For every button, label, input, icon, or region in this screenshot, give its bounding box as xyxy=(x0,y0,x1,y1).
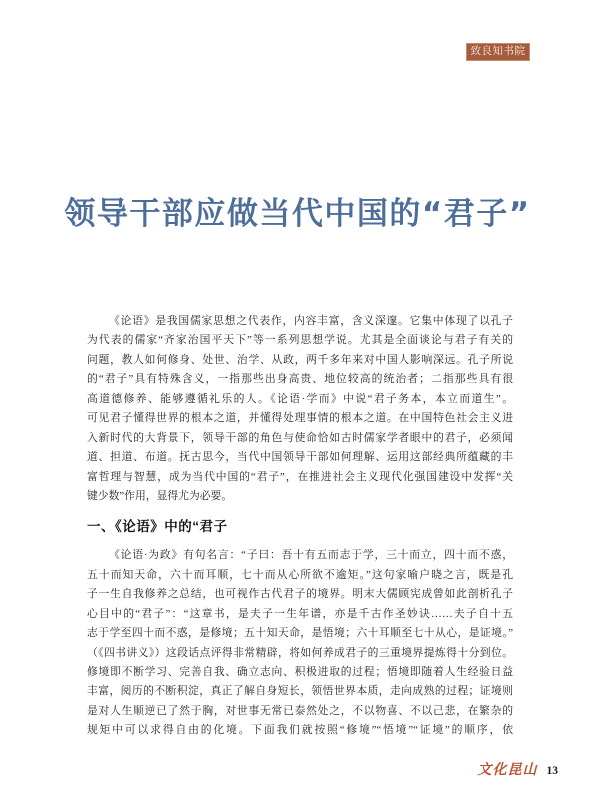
body-line: 为代表的儒家“齐家治国平天下”等一系列思想学说。尤其是全面谈论与君子有关的 xyxy=(87,331,513,350)
body-line: 高道德修养、能够遵循礼乐的人。《论语·学而》中说“君子务本，本立而道生”。 xyxy=(87,390,513,409)
book-page: 致良知书院 领导干部应做当代中国的“君子” 《论语》是我国儒家思想之代表作，内容… xyxy=(0,0,595,808)
page-footer: 文化昆山 13 xyxy=(478,759,559,779)
section-heading: 一、《论语》中的“君子 xyxy=(87,517,513,536)
body-line: 的“君子”具有特殊含义，一指那些出身高贵、地位较高的统治者；二指那些具有很 xyxy=(87,370,513,389)
body-line: 可见君子懂得世界的根本之道，并懂得处理事情的根本之道。在中国特色社会主义进 xyxy=(87,409,513,428)
footer-logo: 文化昆山 xyxy=(478,759,538,779)
article-title: 领导干部应做当代中国的“君子” xyxy=(0,188,595,233)
body-line: 志于学至四十而不惑，是修境；五十知天命，是悟境；六十耳顺至七十从心，是证境。” xyxy=(87,624,513,643)
body-line: 入新时代的大背景下，领导干部的角色与使命恰如古时儒家学者眼中的君子，必须闻 xyxy=(87,429,513,448)
body-text-column: 《论语》是我国儒家思想之代表作，内容丰富，含义深邃。它集中体现了以孔子 为代表的… xyxy=(87,312,513,741)
body-line: 子一生自我修养之总结，也可视作古代君子的境界。明末大儒顾宪成曾如此剖析孔子 xyxy=(87,585,513,604)
body-line: 丰富，阅历的不断积淀，真正了解自身短长，领悟世界本质，走向成熟的过程；证境则 xyxy=(87,682,513,701)
body-line: 修境即不断学习、完善自我、确立志向、积极进取的过程；悟境即随着人生经验日益 xyxy=(87,663,513,682)
body-line: 是对人生顺逆已了然于胸，对世事无常已泰然处之，不以物喜、不以己悲，在繁杂的 xyxy=(87,702,513,721)
body-line: 《论语·为政》有句名言：“子曰：吾十有五而志于学，三十而立，四十而不惑， xyxy=(87,546,513,565)
body-line: （《四书讲义》）这段话点评得非常精辟，将如何养成君子的三重境界提炼得十分到位。 xyxy=(87,644,513,663)
body-line: 五十而知天命，六十而耳顺，七十而从心所欲不逾矩。”这句家喻户晓之言，既是孔 xyxy=(87,566,513,585)
body-line: 心目中的“君子”：“这章书，是夫子一生年谱，亦是千古作圣妙诀……夫子自十五 xyxy=(87,605,513,624)
body-line: 《论语》是我国儒家思想之代表作，内容丰富，含义深邃。它集中体现了以孔子 xyxy=(87,312,513,331)
body-line: 键少数”作用，显得尤为必要。 xyxy=(87,487,513,506)
body-line: 问题，教人如何修身、处世、治学、从政，两千多年来对中国人影响深远。孔子所说 xyxy=(87,351,513,370)
body-line: 规矩中可以求得自由的化境。下面我们就按照“修境”“悟境”“证境”的顺序，依 xyxy=(87,721,513,740)
page-number: 13 xyxy=(547,765,559,777)
body-line: 富哲理与智慧，成为当代中国的“君子”，在推进社会主义现代化强国建设中发挥“关 xyxy=(87,468,513,487)
publisher-badge: 致良知书院 xyxy=(466,43,530,61)
body-line: 道、担道、布道。抚古思今，当代中国领导干部如何理解、运用这部经典所蕴藏的丰 xyxy=(87,448,513,467)
